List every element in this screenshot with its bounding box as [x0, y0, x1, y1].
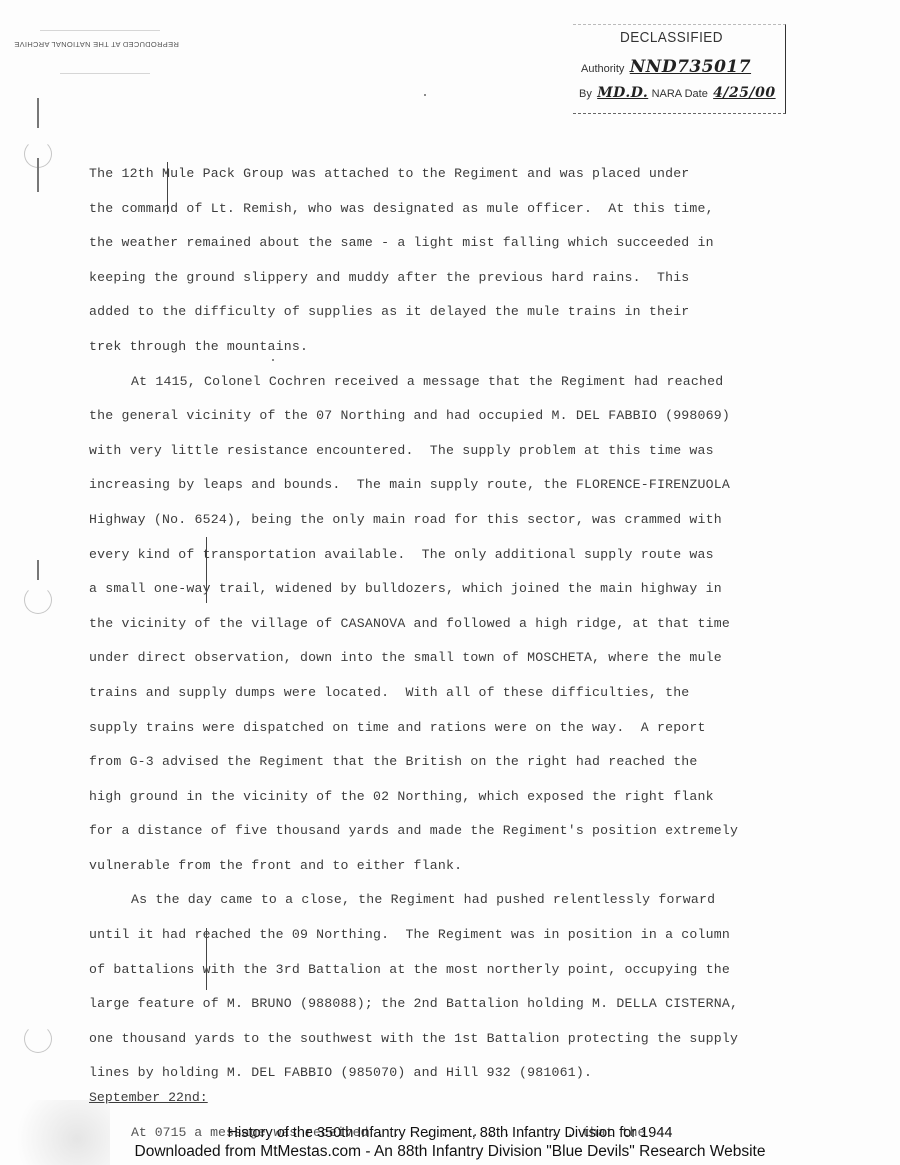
text-line: until it had reached the 09 Northing. Th…: [89, 918, 779, 953]
authority-value: NND735017: [630, 57, 751, 77]
text-line: supply trains were dispatched on time an…: [89, 711, 779, 746]
authority-row: Authority NND735017: [581, 57, 751, 77]
binder-hole: [24, 586, 52, 614]
text-line: one thousand yards to the southwest with…: [89, 1022, 779, 1057]
authority-label: Authority: [581, 63, 624, 75]
text-line: Highway (No. 6524), being the only main …: [89, 503, 779, 538]
document-body: The 12th Mule Pack Group was attached to…: [89, 157, 779, 1091]
text-line: with very little resistance encountered.…: [89, 434, 779, 469]
text-line: from G-3 advised the Regiment that the B…: [89, 745, 779, 780]
text-line: keeping the ground slippery and muddy af…: [89, 261, 779, 296]
document-page: REPRODUCED AT THE NATIONAL ARCHIVE DECLA…: [0, 0, 900, 1165]
text-line: under direct observation, down into the …: [89, 641, 779, 676]
text-line: added to the difficulty of supplies as i…: [89, 295, 779, 330]
nara-date-value: 4/25/00: [713, 85, 775, 101]
scan-speck: [424, 94, 426, 96]
footer-download-note: Downloaded from MtMestas.com - An 88th I…: [0, 1143, 900, 1161]
text-line: large feature of M. BRUNO (988088); the …: [89, 987, 779, 1022]
nara-date-label: NARA Date: [652, 88, 708, 100]
text-line: high ground in the vicinity of the 02 No…: [89, 780, 779, 815]
declassification-stamp: DECLASSIFIED Authority NND735017 By MD.D…: [573, 24, 786, 114]
text-line: every kind of transportation available. …: [89, 538, 779, 573]
by-date-row: By MD.D. NARA Date 4/25/00: [579, 85, 776, 101]
text-line: lines by holding M. DEL FABBIO (985070) …: [89, 1056, 779, 1091]
by-value: MD.D.: [597, 85, 648, 101]
text-line: the vicinity of the village of CASANOVA …: [89, 607, 779, 642]
archive-stamp: REPRODUCED AT THE NATIONAL ARCHIVE: [14, 40, 179, 49]
declassified-title: DECLASSIFIED: [620, 29, 723, 46]
text-line: of battalions with the 3rd Battalion at …: [89, 953, 779, 988]
scan-artifact: [60, 73, 150, 74]
text-line: a small one-way trail, widened by bulldo…: [89, 572, 779, 607]
text-line: At 1415, Colonel Cochren received a mess…: [89, 365, 779, 400]
binder-hole: [24, 1025, 52, 1053]
binder-mark: [37, 98, 39, 128]
scan-artifact: [40, 30, 160, 31]
text-line: As the day came to a close, the Regiment…: [89, 883, 779, 918]
text-line: the weather remained about the same - a …: [89, 226, 779, 261]
binder-mark: [37, 560, 39, 580]
by-label: By: [579, 88, 592, 100]
text-line: the general vicinity of the 07 Northing …: [89, 399, 779, 434]
text-line: vulnerable from the front and to either …: [89, 849, 779, 884]
text-line: for a distance of five thousand yards an…: [89, 814, 779, 849]
binder-mark: [37, 158, 39, 192]
text-line: trains and supply dumps were located. Wi…: [89, 676, 779, 711]
footer-document-title: History of the 350th Infantry Regiment, …: [0, 1125, 900, 1141]
text-line: the command of Lt. Remish, who was desig…: [89, 192, 779, 227]
text-line: increasing by leaps and bounds. The main…: [89, 468, 779, 503]
text-line: trek through the mountains.: [89, 330, 779, 365]
text-line: The 12th Mule Pack Group was attached to…: [89, 157, 779, 192]
